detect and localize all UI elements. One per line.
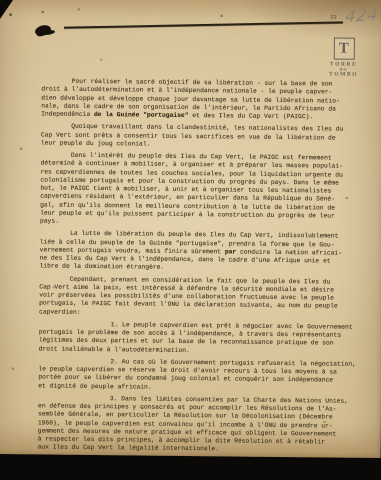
paragraph: 3. Dans les limites consenties par la Ch… xyxy=(38,394,361,455)
document-body: Pour réaliser le sacré objectif de sa li… xyxy=(38,77,364,459)
ink-blot xyxy=(34,23,52,37)
paragraph: Pour réaliser le sacré objectif de sa li… xyxy=(41,77,363,122)
paragraph: Dans l'intérêt du peuple des Iles du Cap… xyxy=(40,151,363,229)
top-rule xyxy=(64,21,343,28)
paragraph: Cependant, prenant en considération le f… xyxy=(39,275,361,320)
paragraph: La lutte de libération du peuple des Ile… xyxy=(39,230,361,275)
photo-corner-shadow xyxy=(0,0,13,19)
stamp-text-line3: TOMBO xyxy=(326,71,362,77)
paragraph: 2. Au cas où le Gouvernement portugais r… xyxy=(38,357,360,393)
typed-page-number: 22 xyxy=(330,14,337,20)
archive-stamp: T TORRE DO TOMBO xyxy=(326,37,362,77)
scanned-document-photo: 22 424 T TORRE DO TOMBO Pour réaliser le… xyxy=(0,0,381,480)
handwritten-folio-number: 424 xyxy=(344,6,379,25)
paragraph: Quoique travaillant dans la clandestinit… xyxy=(41,123,363,151)
paper-page: 22 424 T TORRE DO TOMBO Pour réaliser le… xyxy=(0,0,381,458)
stamp-monogram-box: T xyxy=(333,38,354,60)
paragraph: 1. Le peuple capverdien est prêt à négoc… xyxy=(39,320,361,356)
stamp-monogram-icon: T xyxy=(339,41,349,56)
